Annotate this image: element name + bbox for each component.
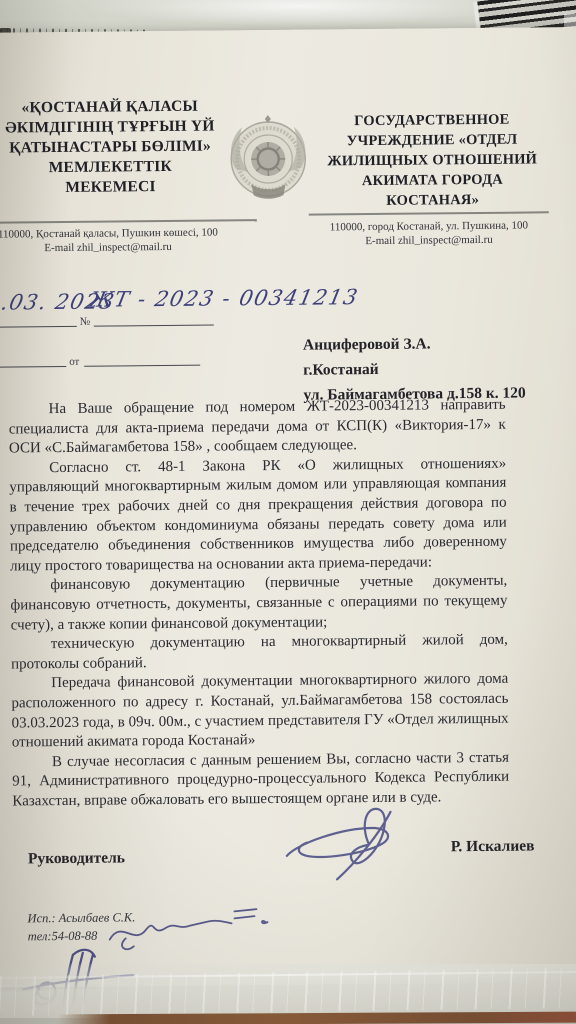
table-edge-strip xyxy=(58,1012,576,1024)
letterhead-divider-right xyxy=(309,211,549,215)
body-paragraph: В случае несогласия с данным решением Вы… xyxy=(12,748,510,812)
reply-number-blank-line xyxy=(0,348,66,368)
document-photo: «ҚОСТАНАЙ ҚАЛАСЫ ӘКІМДІГІНІҢ ТҰРҒЫН ҮЙ Қ… xyxy=(0,0,576,1024)
kazakhstan-state-emblem-icon xyxy=(220,114,317,211)
letter-body: На Ваше обращение под номером ЖТ-2023-00… xyxy=(9,396,510,812)
signature-position-title: Руководитель xyxy=(28,849,125,868)
address-russian-line1: 110000, город Костанай, ул. Пушкина, 100 xyxy=(309,218,549,234)
org-name-russian-line: ЖИЛИЩНЫХ ОТНОШЕНИЙ xyxy=(306,149,558,171)
signer-name: Р. Искалиев xyxy=(451,837,535,856)
handwritten-outgoing-number: ЖТ - 2023 - 00341213 xyxy=(87,284,432,311)
number-sign-label: № xyxy=(80,316,91,328)
org-name-russian-line: ГОСУДАРСТВЕННОЕ xyxy=(306,109,558,131)
letterhead-divider-left xyxy=(0,219,257,224)
body-paragraph: техническую документацию на многоквартир… xyxy=(11,631,508,675)
org-name-russian-line: УЧРЕЖДЕНИЕ «ОТДЕЛ xyxy=(306,129,558,151)
recipient-city: г.Костанай xyxy=(303,355,576,383)
org-name-russian: ГОСУДАРСТВЕННОЕ УЧРЕЖДЕНИЕ «ОТДЕЛ ЖИЛИЩН… xyxy=(306,109,559,211)
address-russian-line2: E-mail zhil_inspect@mail.ru xyxy=(309,232,549,248)
address-russian: 110000, город Костанай, ул. Пушкина, 100… xyxy=(309,218,549,248)
plastic-wrap xyxy=(0,964,576,1018)
org-name-russian-line: КОСТАНАЯ» xyxy=(307,189,559,211)
director-signature-icon xyxy=(280,799,421,895)
org-name-russian-line: АКИМАТА ГОРОДА xyxy=(306,169,558,191)
address-kazakh: 110000, Қостанай қаласы, Пушкин көшесі, … xyxy=(0,225,259,256)
reply-date-blank-line xyxy=(84,347,200,367)
recipient-name: Анциферовой З.А. xyxy=(303,330,576,358)
body-paragraph: финансовую документацию (первичные учетн… xyxy=(10,572,508,636)
letter-paper: «ҚОСТАНАЙ ҚАЛАСЫ ӘКІМДІГІНІҢ ТҰРҒЫН ҮЙ Қ… xyxy=(0,27,576,988)
plastic-sheen-highlight xyxy=(90,0,510,26)
body-paragraph: Согласно ст. 48-1 Закона РК «О жилищных … xyxy=(9,455,507,577)
address-kazakh-line2: E-mail zhil_inspect@mail.ru xyxy=(0,239,259,256)
body-paragraph: На Ваше обращение под номером ЖТ-2023-00… xyxy=(9,396,507,460)
from-label: от xyxy=(69,356,79,368)
body-paragraph: Передача финансовой документации многокв… xyxy=(11,670,509,753)
